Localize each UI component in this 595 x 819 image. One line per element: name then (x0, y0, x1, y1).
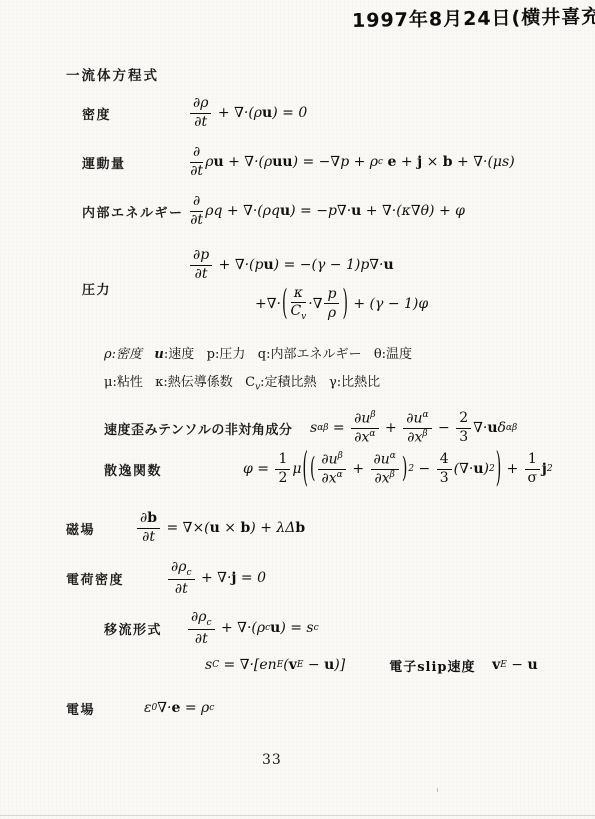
math-frag: 3 (440, 470, 449, 486)
equation-label: 移流形式 (104, 619, 186, 638)
math-frag: + (502, 461, 523, 477)
math-frag: + (396, 154, 417, 170)
math-sub: c (206, 617, 211, 627)
math-frag: + ∇·(ρ (217, 620, 266, 636)
math-frag: ∂ (190, 145, 203, 162)
math-sup: 2 (547, 464, 553, 474)
math-frag: σ (527, 470, 537, 486)
equation-magnetic-field: 磁場 ∂b∂t = ∇×(u × b) + λΔb (66, 510, 305, 546)
math-sup: β (370, 410, 375, 420)
equation-density: 密度 ∂ρ∂t + ∇·(ρu) = 0 (82, 95, 307, 131)
math-frag: ∇· (473, 420, 487, 436)
equation-electric-field: 電場 ε0∇·e = ρc (66, 695, 214, 721)
math-frag: + ∇·(κ∇θ) + φ (361, 203, 465, 219)
equation-label: 電場 (66, 699, 144, 718)
math-frag: u (210, 520, 220, 536)
equation-pressure-line2: +∇·( κCv ·∇ pρ ) + (γ − 1)φ (255, 283, 428, 325)
math-frag: u (270, 620, 280, 636)
equation-label: 電荷密度 (66, 569, 166, 588)
fraction: ∂ρc∂t (188, 610, 215, 647)
math-sub: v (301, 312, 306, 322)
math-frag: ε (144, 700, 152, 716)
math-frag: )] (334, 657, 345, 673)
fraction: ∂∂t (190, 194, 203, 227)
math-frag: ) + λΔ (250, 520, 295, 536)
formula: sC = ∇·[enE(vE − u)] 電子slip速度 vE − u (205, 656, 538, 675)
formula: ∂b∂t = ∇×(u × b) + λΔb (135, 511, 305, 544)
math-frag: u (351, 203, 361, 219)
fraction: 23 (456, 411, 471, 444)
page-number: 33 (262, 752, 282, 768)
math-frag: ) = −p∇· (290, 203, 351, 219)
right-paren-inner: ) (402, 453, 407, 485)
math-frag: ∂p (190, 248, 212, 265)
equation-dissipation: 散逸関数 φ = 12 μ ( ( ∂uβ∂xα + ∂uα∂xβ )2 − 4… (104, 446, 553, 492)
formula: φ = 12 μ ( ( ∂uβ∂xα + ∂uα∂xβ )2 − 43 (∇·… (243, 452, 553, 487)
math-frag: ρ (328, 304, 336, 320)
page-title: 一流体方程式 (66, 64, 159, 84)
math-frag: × (422, 154, 443, 170)
math-frag: (∇· (454, 461, 474, 477)
right-paren: ) (342, 284, 347, 324)
formula: ε0∇·e = ρc (144, 700, 214, 716)
math-frag: u (263, 257, 273, 273)
fraction: 43 (437, 452, 452, 485)
equation-label: 速度歪みテンソルの非対角成分 (104, 419, 310, 438)
formula: ∂ρc∂t + ∇·(ρcu) = sc (186, 610, 319, 647)
slip-velocity-label: 電子slip速度 (389, 656, 492, 675)
math-sup: α (337, 470, 343, 480)
math-sup: α (369, 429, 375, 439)
math-frag: × (220, 520, 241, 536)
math-sub: E (277, 660, 284, 670)
math-sub: E (297, 660, 304, 670)
scan-artifact (437, 788, 438, 792)
math-frag: + (381, 420, 402, 436)
formula: ∂∂t ρu + ∇·(ρuu) = −∇p + ρc e + j × b + … (188, 145, 515, 178)
math-frag: ∂xα (354, 429, 375, 446)
fraction: ∂∂t (190, 145, 203, 178)
math-frag: u (262, 105, 272, 121)
math-frag: = ρ (180, 700, 209, 716)
math-frag: C (290, 303, 301, 319)
formula: ∂∂t ρq + ∇·(ρqu) = −p∇·u + ∇·(κ∇θ) + φ (188, 194, 465, 227)
left-paren-inner: ( (310, 453, 315, 485)
math-frag: 1 (525, 452, 540, 469)
fraction: ∂p∂t (190, 248, 212, 281)
math-frag: = 0 (236, 570, 266, 586)
left-paren-outer: ( (302, 446, 307, 492)
math-frag: :定積比熱 γ:比熱比 (260, 375, 380, 390)
math-frag: = (328, 420, 349, 436)
math-frag: u (473, 461, 483, 477)
fraction: pρ (324, 287, 339, 320)
equation-label: 圧力 (82, 279, 111, 298)
math-sub: E (500, 660, 507, 670)
formula: ∂p∂t + ∇·(pu) = −(γ − 1)p∇·u (188, 248, 394, 281)
math-frag: μ:粘性 κ:熱伝導係数 C (104, 375, 255, 390)
math-sup: α (390, 451, 396, 461)
math-frag: ∂x (375, 471, 390, 487)
math-frag: s (310, 420, 317, 436)
math-frag: 3 (459, 429, 468, 445)
math-frag: ∂t (175, 580, 188, 596)
math-frag: ∂uβ (318, 452, 345, 470)
math-frag: ) = 0 (272, 105, 307, 121)
equation-internal-energy: 内部エネルギー ∂∂t ρq + ∇·(ρqu) = −p∇·u + ∇·(κ∇… (82, 193, 465, 229)
fraction: 1σ (525, 452, 540, 485)
math-frag: = ∇×( (162, 520, 210, 536)
math-frag: ∂t (190, 212, 203, 228)
math-frag: ∂uα (371, 452, 399, 470)
symbol-definitions-line1: ρ:密度 u:速度 p:圧力 q:内部エネルギー θ:温度 (104, 341, 412, 369)
math-frag: s (205, 657, 212, 673)
equation-momentum: 運動量 ∂∂t ρu + ∇·(ρuu) = −∇p + ρc e + j × … (82, 144, 515, 180)
math-frag: = ∇·[en (219, 657, 277, 673)
math-frag: ) = −∇p + ρ (293, 154, 378, 170)
formula: sαβ = ∂uβ∂xα + ∂uα∂xβ − 23 ∇·uδαβ (310, 411, 517, 446)
math-frag: b (147, 510, 157, 526)
math-frag: + (348, 461, 369, 477)
math-frag: ∂u (354, 410, 370, 426)
math-sup: β (422, 429, 427, 439)
formula: ∂ρc∂t + ∇·j = 0 (166, 560, 266, 597)
handwritten-date: 1997年8月24日(横井喜充) (352, 2, 582, 33)
equation-advection-form: 移流形式 ∂ρc∂t + ∇·(ρcu) = sc (104, 610, 319, 646)
math-frag: 4 (437, 452, 452, 469)
math-frag: p (324, 287, 339, 304)
math-frag: 1 (275, 452, 290, 469)
math-frag: − (507, 657, 528, 673)
math-frag: δ (498, 420, 506, 436)
math-sup: 2 (489, 464, 495, 474)
math-frag: ∂u (321, 451, 337, 467)
fraction: ∂b∂t (137, 511, 160, 544)
equation-label: 内部エネルギー (82, 202, 188, 221)
math-frag: ∇· (157, 700, 171, 716)
equation-source-term: sC = ∇·[enE(vE − u)] 電子slip速度 vE − u (205, 651, 538, 679)
math-frag: u (384, 257, 394, 273)
math-frag: + ∇·(p (214, 257, 263, 273)
math-sub: C (212, 660, 219, 670)
math-frag: ) = s (280, 620, 313, 636)
fraction: κCv (290, 286, 306, 323)
math-frag: u (213, 154, 223, 170)
math-frag: ∂t (142, 529, 155, 545)
fraction: ∂uα∂xβ (371, 452, 399, 487)
symbol-definitions-line2: μ:粘性 κ:熱伝導係数 Cv:定積比熱 γ:比熱比 (104, 369, 380, 402)
formula: ∂ρ∂t + ∇·(ρu) = 0 (188, 96, 307, 129)
math-frag: ∂ρ (190, 96, 211, 113)
math-frag: v (289, 657, 297, 673)
right-paren-outer: ) (496, 446, 501, 492)
math-frag: ρ (205, 154, 213, 170)
left-paren: ( (282, 284, 287, 324)
equation-label: 散逸関数 (104, 460, 243, 479)
fraction: ∂uβ∂xα (318, 452, 345, 487)
equation-charge-density: 電荷密度 ∂ρc∂t + ∇·j = 0 (66, 560, 266, 596)
math-sub: c (314, 623, 319, 633)
math-frag: ∂ρc (188, 610, 215, 631)
math-frag: ∂t (195, 266, 208, 282)
math-frag: u (527, 657, 537, 673)
math-frag: + ∇·(ρ (224, 154, 273, 170)
math-frag: ∂xβ (375, 470, 395, 487)
math-frag: + (γ − 1)φ (349, 296, 428, 312)
math-frag: ∂xα (322, 470, 343, 487)
equation-label: 密度 (82, 104, 188, 123)
math-frag: 2 (456, 411, 471, 428)
math-frag: ∂b (137, 511, 160, 528)
fraction: ∂ρc∂t (168, 560, 195, 597)
fraction: 12 (275, 452, 290, 485)
math-frag: u (487, 420, 497, 436)
math-frag: + ∇·(ρ (213, 105, 262, 121)
math-frag: ∂uβ (351, 411, 378, 429)
math-sup: α (422, 410, 428, 420)
equation-pressure-line1: ∂p∂t + ∇·(pu) = −(γ − 1)p∇·u (188, 247, 394, 283)
math-frag: +∇· (255, 296, 281, 312)
math-sup: β (338, 451, 343, 461)
math-frag: ∂u (406, 410, 422, 426)
equation-strain-tensor: 速度歪みテンソルの非対角成分 sαβ = ∂uβ∂xα + ∂uα∂xβ − 2… (104, 408, 517, 448)
fraction: ∂uβ∂xα (351, 411, 378, 446)
math-frag: ∂t (194, 114, 207, 130)
math-sub: c (186, 567, 191, 577)
equation-label: 運動量 (82, 153, 188, 172)
math-frag: ∂ρc (168, 560, 195, 581)
scan-edge-line (0, 815, 595, 816)
equation-label: 磁場 (66, 519, 135, 538)
math-frag: + ∇· (197, 570, 232, 586)
math-frag: ∂ (190, 194, 203, 211)
fraction: ∂uα∂xβ (403, 411, 431, 446)
math-frag: b (240, 520, 250, 536)
math-frag: Cv (290, 303, 306, 323)
formula: +∇·( κCv ·∇ pρ ) + (γ − 1)φ (255, 286, 428, 323)
math-frag: ρ:密度 (104, 347, 154, 362)
math-sup: αβ (506, 423, 517, 433)
math-frag: ·∇ (308, 296, 322, 312)
math-sup: αβ (317, 423, 328, 433)
math-frag: ∂uα (403, 411, 431, 429)
math-frag: 2 (278, 470, 287, 486)
math-frag: + ∇·(μs) (453, 154, 515, 170)
math-frag: ρq + ∇·(ρq (205, 203, 280, 219)
math-frag: ∂x (407, 430, 422, 446)
math-frag: κ (291, 286, 306, 303)
math-frag: ∂x (354, 430, 369, 446)
math-frag: e (171, 700, 180, 716)
math-frag: ∂t (190, 163, 203, 179)
math-frag: ) = −(γ − 1)p∇· (274, 257, 384, 273)
math-frag: φ = (243, 461, 273, 477)
fraction: ∂ρ∂t (190, 96, 211, 129)
math-frag: − (434, 420, 455, 436)
math-frag: ∂x (322, 471, 337, 487)
math-frag: e (388, 154, 397, 170)
equation-pressure-label: 圧力 (82, 275, 111, 301)
math-frag: ∂t (195, 630, 208, 646)
math-frag: ∂u (374, 451, 390, 467)
math-sub: c (209, 703, 214, 713)
math-frag: ∂xβ (407, 429, 427, 446)
math-sup: β (390, 470, 395, 480)
math-frag: μ (292, 461, 301, 477)
math-frag: ∂ρ (171, 559, 186, 575)
math-frag: − (303, 657, 324, 673)
math-frag: u (154, 347, 163, 362)
math-frag: :速度 p:圧力 q:内部エネルギー θ:温度 (164, 347, 412, 362)
math-frag: u (324, 657, 334, 673)
math-frag: uu (272, 154, 292, 170)
math-frag: u (280, 203, 290, 219)
math-frag: b (443, 154, 453, 170)
math-frag: − (414, 461, 435, 477)
math-frag: b (295, 520, 305, 536)
math-frag: ∂ρ (191, 609, 206, 625)
